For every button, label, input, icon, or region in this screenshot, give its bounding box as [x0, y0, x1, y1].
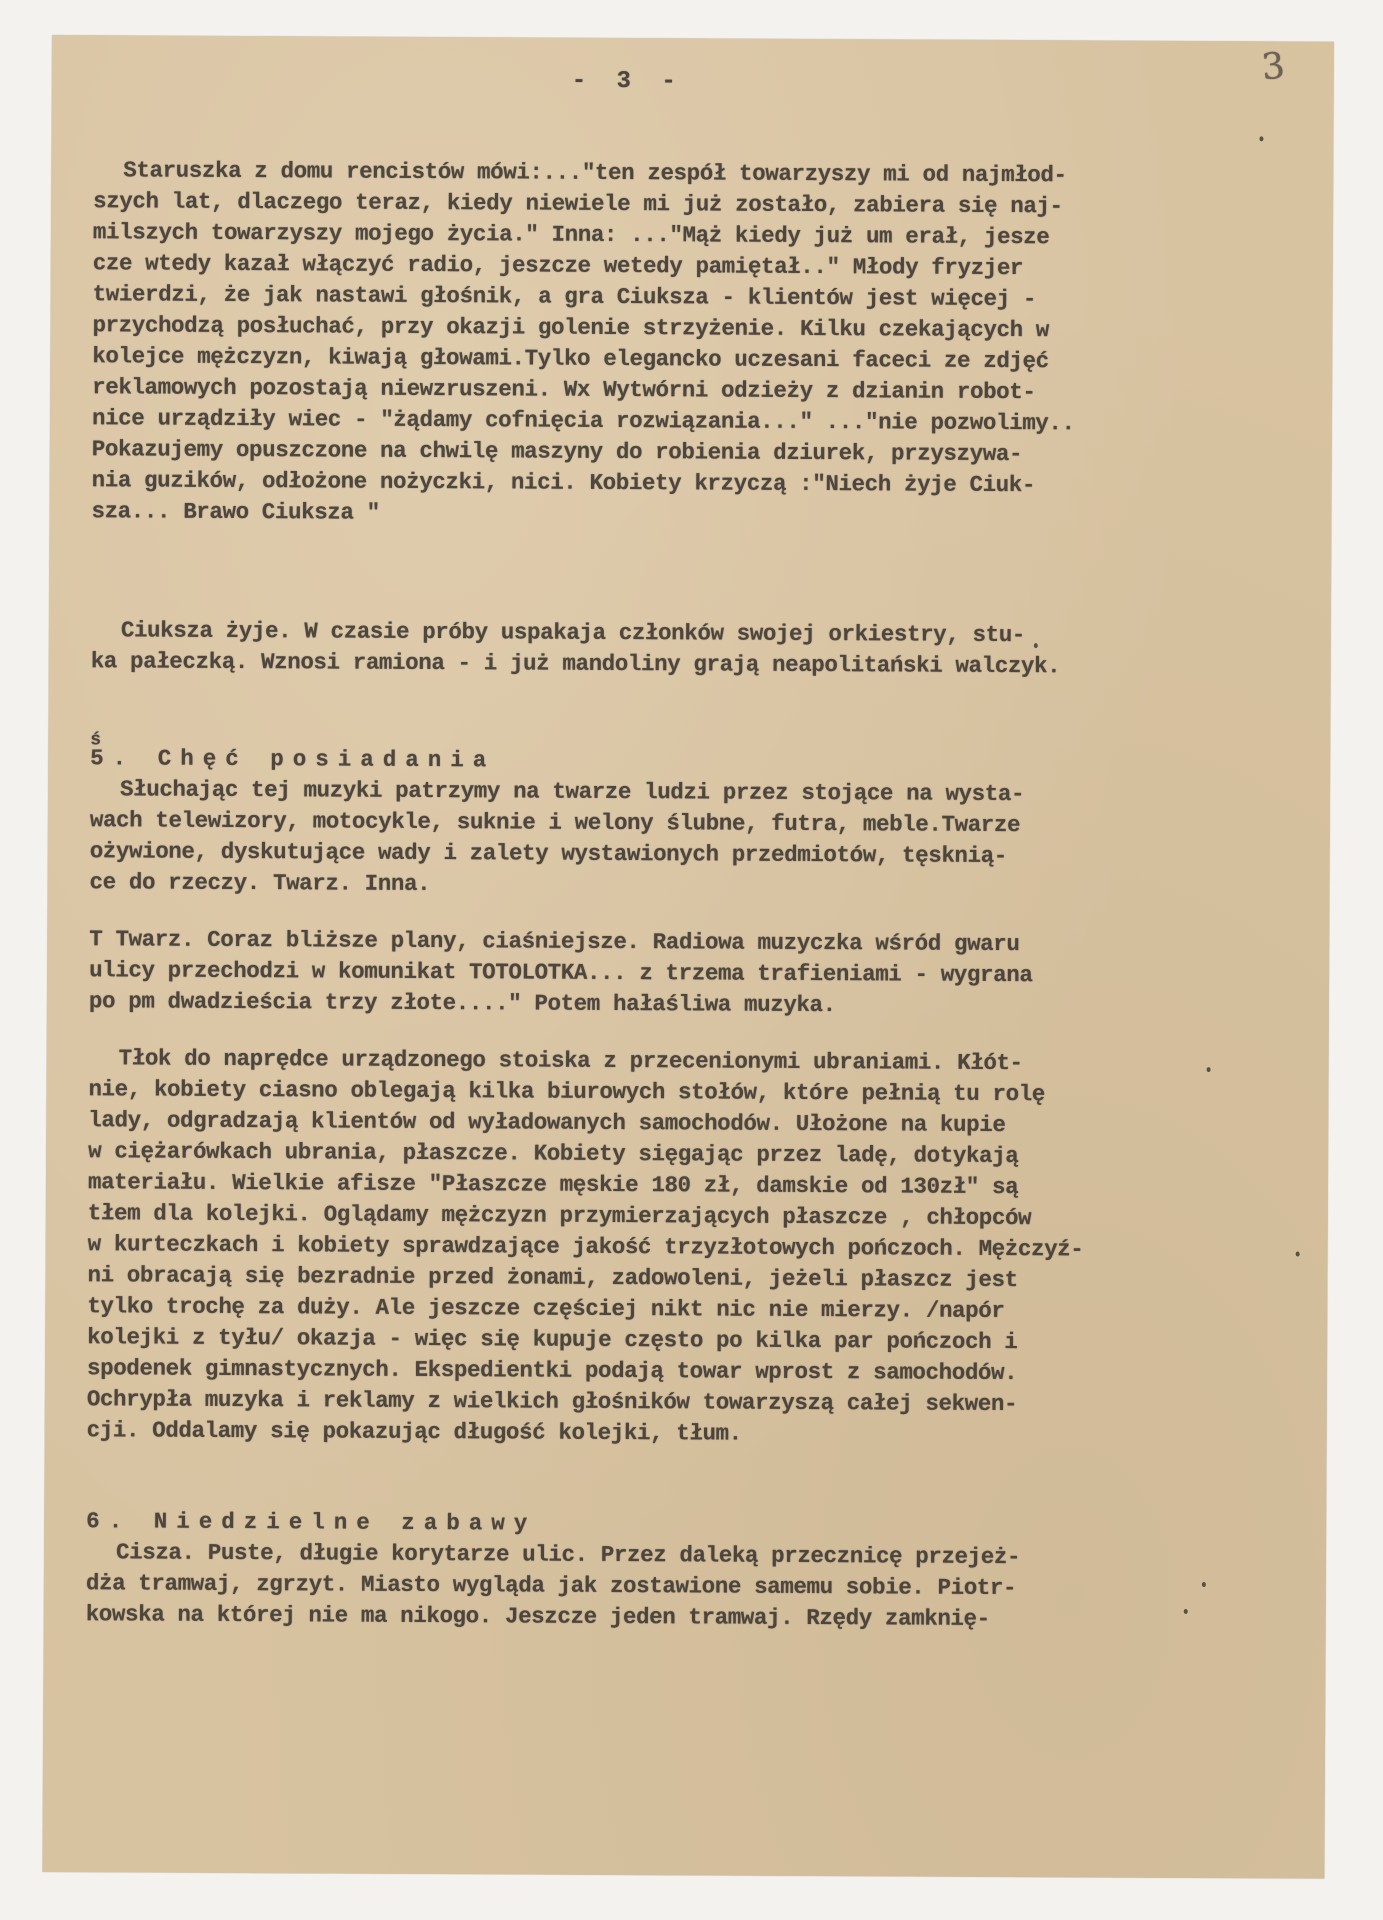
paragraph-line: w kurteczkach i kobiety sprawdzające jak… [88, 1229, 1084, 1265]
paragraph-line: T Twarz. Coraz bliższe plany, ciaśniejsz… [89, 924, 1019, 960]
paragraph-line: twierdzi, że jak nastawi głośnik, a gra … [93, 279, 1037, 315]
paragraph-line: Słuchając tej muzyki patrzymy na twarze … [120, 774, 1024, 810]
paragraph-line: lady, odgradzają klientów od wyładowanyc… [88, 1105, 1005, 1141]
paragraph-line: milszych towarzyszy mojego życia." Inna:… [93, 217, 1050, 253]
paragraph-line: kolejki z tyłu/ okazja - więc się kupuje… [87, 1322, 1017, 1358]
paragraph-line: nie, kobiety ciasno oblegają kilka biuro… [88, 1074, 1045, 1110]
paragraph-line: ka pałeczką. Wznosi ramiona - i już mand… [91, 646, 1061, 682]
paragraph-line: kolejce mężczyzn, kiwają głowami.Tylko e… [92, 341, 1049, 377]
paragraph-line: reklamowych pozostają niewzruszeni. Wx W… [92, 372, 1036, 408]
ink-speck [1034, 643, 1038, 648]
paragraph-line: ce do rzeczy. Twarz. Inna. [89, 867, 430, 900]
ink-speck [1259, 136, 1263, 141]
paragraph-line: ulicy przechodzi w komunikat TOTOLOTKA..… [89, 955, 1033, 991]
paragraph-line: Pokazujemy opuszczone na chwilę maszyny … [92, 434, 1022, 470]
paragraph-line: dża tramwaj, zgrzyt. Miasto wygląda jak … [86, 1568, 1016, 1604]
paragraph-line: spodenek gimnastycznych. Ekspedientki po… [87, 1353, 1017, 1389]
ink-speck [1296, 1252, 1300, 1257]
page-number-handwritten: 3 [1260, 50, 1285, 83]
page-number-typed: - 3 - [572, 66, 684, 98]
paragraph-line: Ochrypła muzyka i reklamy z wielkich gło… [87, 1384, 1017, 1420]
paragraph-line: Staruszka z domu rencistów mówi:..."ten … [123, 155, 1067, 191]
paragraph-line: Tłok do naprędce urządzonego stoiska z p… [119, 1043, 1023, 1079]
paragraph-line: wach telewizory, motocykle, suknie i wel… [90, 805, 1020, 841]
ink-speck [1184, 1609, 1188, 1614]
paragraph-line: w ciężarówkach ubrania, płaszcze. Kobiet… [88, 1136, 1018, 1172]
paragraph-line: Cisza. Puste, długie korytarze ulic. Prz… [116, 1537, 1020, 1573]
ink-speck [1202, 1582, 1206, 1587]
paragraph-line: ożywione, dyskutujące wady i zalety wyst… [90, 836, 1007, 872]
paragraph-line: ni obracają się bezradnie przed żonami, … [87, 1260, 1017, 1296]
paragraph-line: Ciuksza żyje. W czasie próby uspakaja cz… [121, 615, 1025, 651]
paragraph-line: tylko trochę za duży. Ale jeszcze części… [87, 1291, 1004, 1327]
paragraph-line: materiału. Wielkie afisze "Płaszcze męsk… [88, 1167, 1018, 1203]
paragraph-line: cze wtedy kazał włączyć radio, jeszcze w… [93, 248, 1023, 284]
paragraph-line: nice urządziły wiec - "żądamy cofnięcia … [92, 403, 1075, 439]
paragraph-line: sza... Brawo Ciuksza " [91, 496, 379, 529]
paragraph-line: cji. Oddalamy się pokazując długość kole… [87, 1415, 742, 1449]
paragraph-line: po pm dwadzieścia trzy złote...." Potem … [89, 986, 836, 1021]
paragraph-line: tłem dla kolejki. Oglądamy mężczyzn przy… [88, 1198, 1032, 1234]
page-body: Staruszka z domu rencistów mówi:..."ten … [52, 35, 1334, 42]
paragraph-line: przychodzą posłuchać, przy okazji goleni… [92, 310, 1049, 346]
paragraph-line: nia guzików, odłożone nożyczki, nici. Ko… [92, 465, 1036, 501]
typewritten-page: - 3 - 3 Staruszka z domu rencistów mówi:… [42, 35, 1334, 1879]
ink-speck [1207, 1067, 1211, 1072]
paragraph-line: kowska na której nie ma nikogo. Jeszcze … [86, 1599, 990, 1635]
section-heading: 6. Niedzielne zabawy [86, 1506, 536, 1539]
section-heading: 5. Chęć posiadania [90, 743, 495, 776]
paragraph-line: szych lat, dlaczego teraz, kiedy niewiel… [93, 186, 1063, 222]
